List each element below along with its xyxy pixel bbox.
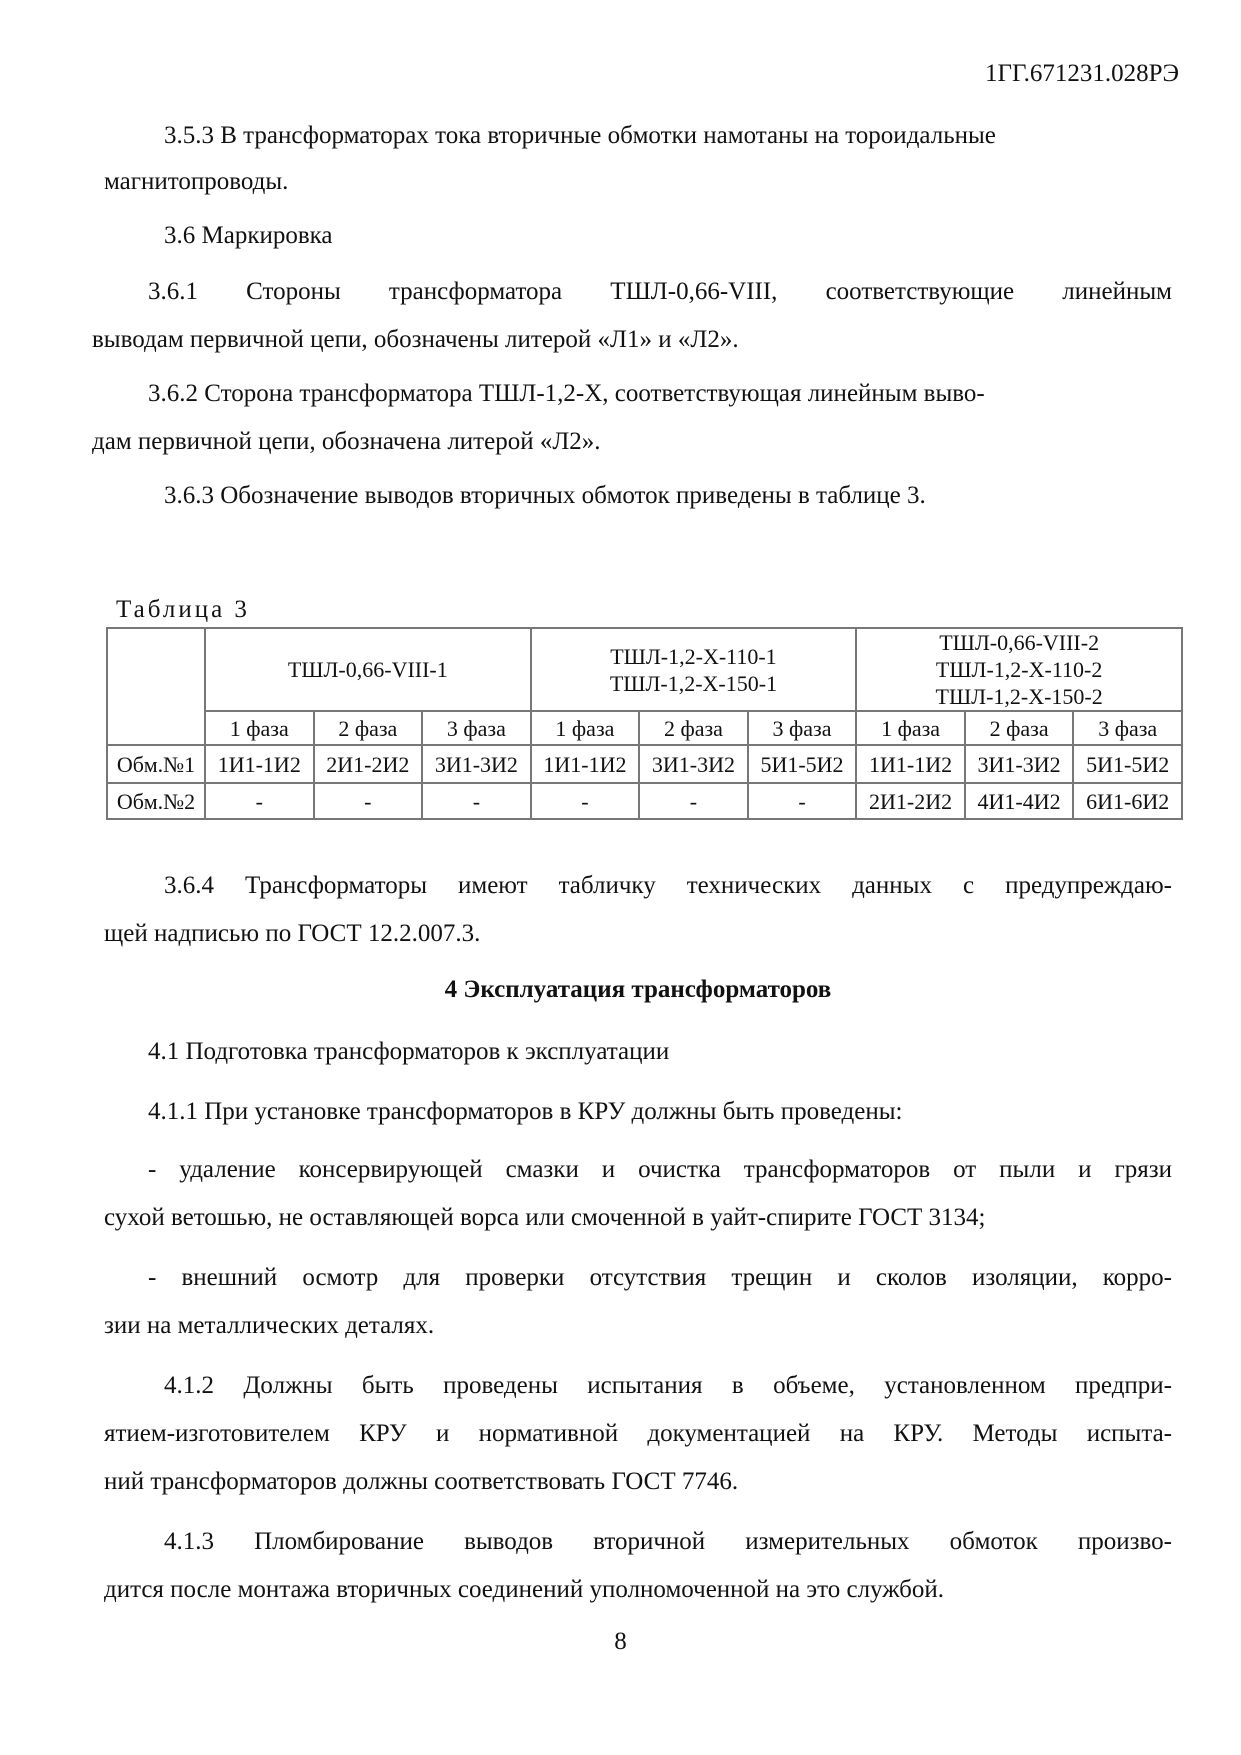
paragraph-4-1-2-cont: ятием-изготовителем КРУ и нормативной до… <box>104 1410 1172 1458</box>
paragraph-4-1-2-cont2: ний трансформаторов должны соответствова… <box>104 1458 1172 1506</box>
bullet-item-1: - удаление консервирующей смазки и очист… <box>104 1146 1172 1194</box>
table-phase-header: 2 фаза <box>965 711 1074 745</box>
table-cell: - <box>205 783 314 819</box>
table-group-header: ТШЛ-0,66-VIII-1 <box>205 628 531 711</box>
paragraph-3-6-1-cont: выводам первичной цепи, обозначены литер… <box>92 316 1160 364</box>
page-number: 8 <box>0 1628 1241 1656</box>
paragraph-3-5-3: 3.5.3 В трансформаторах тока вторичные о… <box>104 112 1172 160</box>
table-phase-header: 2 фаза <box>314 711 423 745</box>
paragraph-3-6-4-cont: щей надписью по ГОСТ 12.2.007.3. <box>104 910 1172 958</box>
table-phase-header: 2 фаза <box>639 711 748 745</box>
table-phase-row: 1 фаза 2 фаза 3 фаза 1 фаза 2 фаза 3 фаз… <box>107 711 1182 745</box>
table-phase-header: 3 фаза <box>422 711 531 745</box>
table-cell: 5И1-5И2 <box>1073 745 1182 783</box>
subsection-3-6-title: 3.6 Маркировка <box>104 212 1172 260</box>
document-code: 1ГГ.671231.028РЭ <box>985 60 1179 88</box>
paragraph-4-1-3-cont: дится после монтажа вторичных соединений… <box>104 1566 1172 1614</box>
table-cell: - <box>531 783 640 819</box>
table-phase-header: 3 фаза <box>1073 711 1182 745</box>
table-group-header: ТШЛ-1,2-Х-110-1ТШЛ-1,2-Х-150-1 <box>531 628 857 711</box>
table-cell: 1И1-1И2 <box>531 745 640 783</box>
table-row-label: Обм.№1 <box>107 745 205 783</box>
table-phase-header: 1 фаза <box>531 711 640 745</box>
bullet-item-2: - внешний осмотр для проверки отсутствия… <box>104 1254 1172 1302</box>
table-cell: - <box>639 783 748 819</box>
paragraph-3-6-2: 3.6.2 Сторона трансформатора ТШЛ-1,2-Х, … <box>104 370 1172 418</box>
table-cell: 5И1-5И2 <box>748 745 857 783</box>
table-row-label: Обм.№2 <box>107 783 205 819</box>
paragraph-3-5-3-cont: магнитопроводы. <box>104 158 1172 206</box>
table-cell: - <box>748 783 857 819</box>
table-cell: 6И1-6И2 <box>1073 783 1182 819</box>
table-cell: - <box>314 783 423 819</box>
bullet-item-1-cont: сухой ветошью, не оставляющей ворса или … <box>104 1194 1172 1242</box>
table-cell: 1И1-1И2 <box>856 745 965 783</box>
section-4-heading: 4 Эксплуатация трансформаторов <box>104 976 1172 1004</box>
paragraph-3-6-1: 3.6.1 Стороны трансформатора ТШЛ-0,66-VI… <box>104 268 1172 316</box>
paragraph-4-1-2: 4.1.2 Должны быть проведены испытания в … <box>104 1362 1172 1410</box>
table-phase-header: 3 фаза <box>748 711 857 745</box>
table-caption: Таблица 3 <box>116 596 250 624</box>
paragraph-4-1-1: 4.1.1 При установке трансформаторов в КР… <box>104 1088 1172 1136</box>
table-cell: 1И1-1И2 <box>205 745 314 783</box>
subsection-4-1-title: 4.1 Подготовка трансформаторов к эксплуа… <box>104 1028 1172 1076</box>
paragraph-3-6-2-cont: дам первичной цепи, обозначена литерой «… <box>92 418 1160 466</box>
table-cell: 4И1-4И2 <box>965 783 1074 819</box>
table-cell: 3И1-3И2 <box>422 745 531 783</box>
table-cell: - <box>422 783 531 819</box>
table-row: Обм.№1 1И1-1И2 2И1-2И2 3И1-3И2 1И1-1И2 3… <box>107 745 1182 783</box>
table-corner-cell <box>107 628 205 745</box>
paragraph-3-6-4: 3.6.4 Трансформаторы имеют табличку техн… <box>104 862 1172 910</box>
paragraph-3-6-3: 3.6.3 Обозначение выводов вторичных обмо… <box>104 472 1172 520</box>
table-cell: 3И1-3И2 <box>965 745 1074 783</box>
table-phase-header: 1 фаза <box>856 711 965 745</box>
table-group-header-row: ТШЛ-0,66-VIII-1 ТШЛ-1,2-Х-110-1ТШЛ-1,2-Х… <box>107 628 1182 711</box>
table-cell: 2И1-2И2 <box>314 745 423 783</box>
table-phase-header: 1 фаза <box>205 711 314 745</box>
paragraph-4-1-3: 4.1.3 Пломбирование выводов вторичной из… <box>104 1518 1172 1566</box>
table-cell: 3И1-3И2 <box>639 745 748 783</box>
table-row: Обм.№2 - - - - - - 2И1-2И2 4И1-4И2 6И1-6… <box>107 783 1182 819</box>
table-group-header: ТШЛ-0,66-VIII-2ТШЛ-1,2-Х-110-2ТШЛ-1,2-Х-… <box>856 628 1182 711</box>
table-cell: 2И1-2И2 <box>856 783 965 819</box>
bullet-item-2-cont: зии на металлических деталях. <box>104 1302 1172 1350</box>
table-3: ТШЛ-0,66-VIII-1 ТШЛ-1,2-Х-110-1ТШЛ-1,2-Х… <box>106 627 1183 820</box>
